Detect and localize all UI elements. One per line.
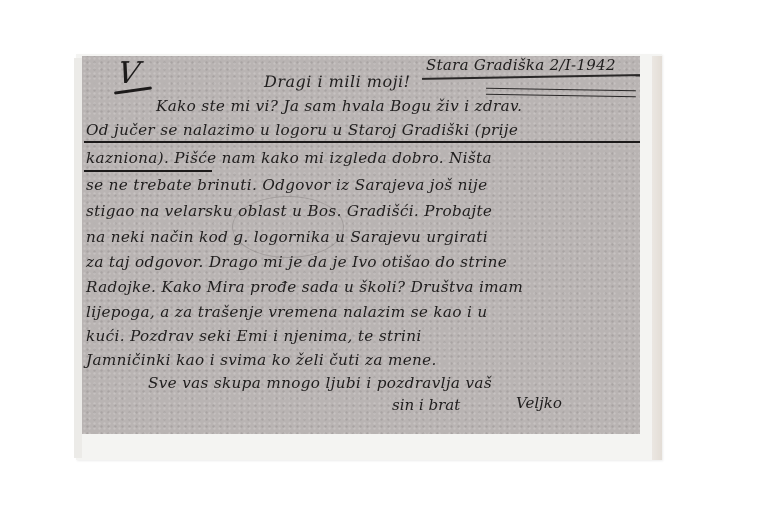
page-marker: V [116, 56, 143, 91]
letter-line: Sve vas skupa mnogo ljubi i pozdravlja v… [148, 374, 492, 392]
letter-line: Radojke. Kako Mira prođe sada u školi? D… [86, 278, 523, 296]
mount-edge-left [74, 58, 82, 458]
greeting: Dragi i mili moji! [264, 72, 411, 91]
closing: sin i brat [392, 396, 460, 414]
letter-line: Od jučer se nalazimo u logoru u Staroj G… [86, 121, 518, 139]
letter-line: kući. Pozdrav seki Emi i njenima, te str… [86, 327, 422, 345]
place-date-underline [422, 74, 640, 79]
letter-line: Jamničinki kao i svima ko želi čuti za m… [86, 351, 437, 369]
letter-line: stigao na velarsku oblast u Bos. Gradišć… [86, 202, 492, 220]
letter-line: za taj odgovor. Drago mi je da je Ivo ot… [86, 253, 507, 271]
letter-line: na neki način kod g. logornika u Sarajev… [86, 228, 488, 246]
letter-line: lijepoga, a za trašenje vremena nalazim … [86, 303, 488, 321]
underline-rule [84, 141, 640, 143]
signature: Veljko [516, 394, 562, 412]
mount-edge-right [652, 56, 662, 460]
letter-line: se ne trebate brinuti. Odgovor iz Saraje… [86, 176, 487, 194]
letter-line: kaznionа). Pišće nam kako mi izgleda dob… [86, 149, 492, 167]
place-date: Stara Gradiška 2/I-1942 [426, 56, 616, 74]
letter-line: Kako ste mi vi? Ja sam hvala Bogu živ i … [156, 97, 522, 115]
date-double-underline [486, 88, 636, 98]
letter-paper: V Stara Gradiška 2/I-1942 Dragi i mili m… [82, 56, 640, 434]
underline-rule [84, 170, 212, 172]
